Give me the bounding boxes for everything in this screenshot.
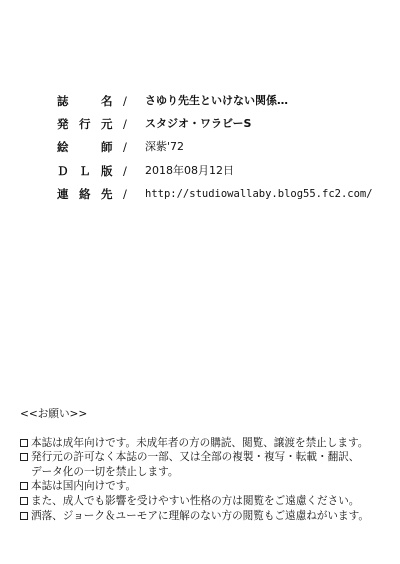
label-char: 先 — [101, 186, 113, 202]
label-char: Ｌ — [79, 163, 91, 179]
separator: / — [123, 139, 127, 155]
label-char: 発 — [57, 116, 69, 132]
row-label: Ｄ Ｌ 版 — [57, 163, 119, 179]
notice-text: 発行元の許可なく本誌の一部、又は全部の複製・複写・転載・翻訳、 — [31, 451, 359, 463]
row-label: 誌 名 — [57, 93, 119, 109]
dl-date-value: 2018年08月12日 — [145, 163, 234, 179]
checkbox-square-icon — [20, 512, 28, 520]
label-char: 絵 — [57, 139, 69, 155]
notice-text: 洒落、ジョーク＆ユーモアに理解のない方の閲覧もご遠慮ねがいます。 — [31, 510, 369, 522]
notice-item: 本誌は成年向けです。未成年者の方の購読、閲覧、譲渡を禁止します。 — [20, 436, 369, 451]
label-char: 元 — [101, 116, 113, 132]
checkbox-square-icon — [20, 453, 28, 461]
separator: / — [123, 93, 127, 109]
notice-section: <<お願い>> 本誌は成年向けです。未成年者の方の購読、閲覧、譲渡を禁止します。… — [20, 407, 369, 523]
notice-item: 発行元の許可なく本誌の一部、又は全部の複製・複写・転載・翻訳、 — [20, 450, 369, 465]
notice-heading: <<お願い>> — [20, 407, 369, 422]
label-char: 師 — [101, 139, 113, 155]
notice-item: 洒落、ジョーク＆ユーモアに理解のない方の閲覧もご遠慮ねがいます。 — [20, 509, 369, 524]
label-char: 名 — [101, 93, 113, 109]
separator: / — [123, 186, 127, 202]
checkbox-square-icon — [20, 482, 28, 490]
label-char: 誌 — [57, 93, 69, 109]
notice-continuation: データ化の一切を禁止します。 — [20, 465, 369, 480]
label-char: Ｄ — [57, 163, 69, 179]
publisher-value: スタジオ・ワラビーS — [145, 116, 251, 132]
notice-text: また、成人でも影響を受けやすい性格の方は閲覧をご遠慮ください。 — [31, 495, 359, 507]
notice-text: 本誌は成年向けです。未成年者の方の購読、閲覧、譲渡を禁止します。 — [31, 437, 368, 449]
row-label: 絵 師 — [57, 139, 119, 155]
notice-text: 本誌は国内向けです。 — [31, 480, 136, 492]
notice-item: 本誌は国内向けです。 — [20, 479, 369, 494]
label-char: 行 — [79, 116, 91, 132]
title-value: さゆり先生といけない関係… — [145, 93, 288, 109]
contact-url: http://studiowallaby.blog55.fc2.com/ — [145, 186, 373, 202]
separator: / — [123, 163, 127, 179]
label-char: 版 — [101, 163, 113, 179]
artist-value: 深紫'72 — [145, 139, 184, 155]
row-label: 発 行 元 — [57, 116, 119, 132]
checkbox-square-icon — [20, 497, 28, 505]
row-label: 連 絡 先 — [57, 186, 119, 202]
separator: / — [123, 116, 127, 132]
label-char: 連 — [57, 186, 69, 202]
checkbox-square-icon — [20, 439, 28, 447]
label-char: 絡 — [79, 186, 91, 202]
notice-item: また、成人でも影響を受けやすい性格の方は閲覧をご遠慮ください。 — [20, 494, 369, 509]
